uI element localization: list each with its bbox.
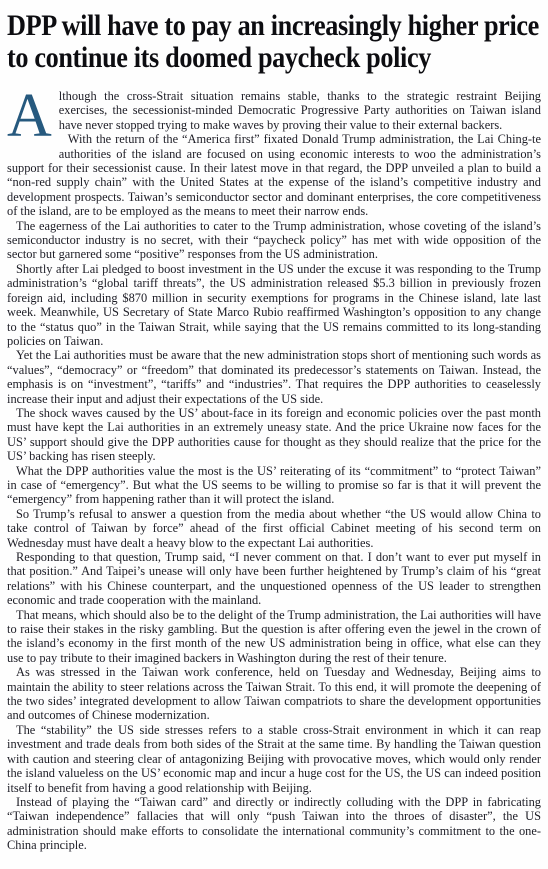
dropcap-letter: A <box>7 90 52 147</box>
article-paragraph: With the return of the “America first” f… <box>7 132 541 218</box>
editorial-article-page: DPP will have to pay an increasingly hig… <box>0 0 548 869</box>
article-paragraph: Instead of playing the “Taiwan card” and… <box>7 795 541 853</box>
article-paragraph: That means, which should also be to the … <box>7 608 541 666</box>
article-body: A lthough the cross-Strait situation rem… <box>7 89 541 853</box>
article-paragraph: The shock waves caused by the US’ about-… <box>7 406 541 464</box>
article-paragraph: Yet the Lai authorities must be aware th… <box>7 348 541 406</box>
article-paragraph: What the DPP authorities value the most … <box>7 464 541 507</box>
article-paragraph: So Trump’s refusal to answer a question … <box>7 507 541 550</box>
article-paragraph: Shortly after Lai pledged to boost inves… <box>7 262 541 348</box>
article-paragraph: The eagerness of the Lai authorities to … <box>7 219 541 262</box>
article-paragraph: The “stability” the US side stresses ref… <box>7 723 541 795</box>
article-paragraph: Responding to that question, Trump said,… <box>7 550 541 608</box>
article-paragraph: As was stressed in the Taiwan work confe… <box>7 665 541 723</box>
article-paragraph: lthough the cross-Strait situation remai… <box>7 89 541 132</box>
article-headline: DPP will have to pay an increasingly hig… <box>7 10 541 74</box>
